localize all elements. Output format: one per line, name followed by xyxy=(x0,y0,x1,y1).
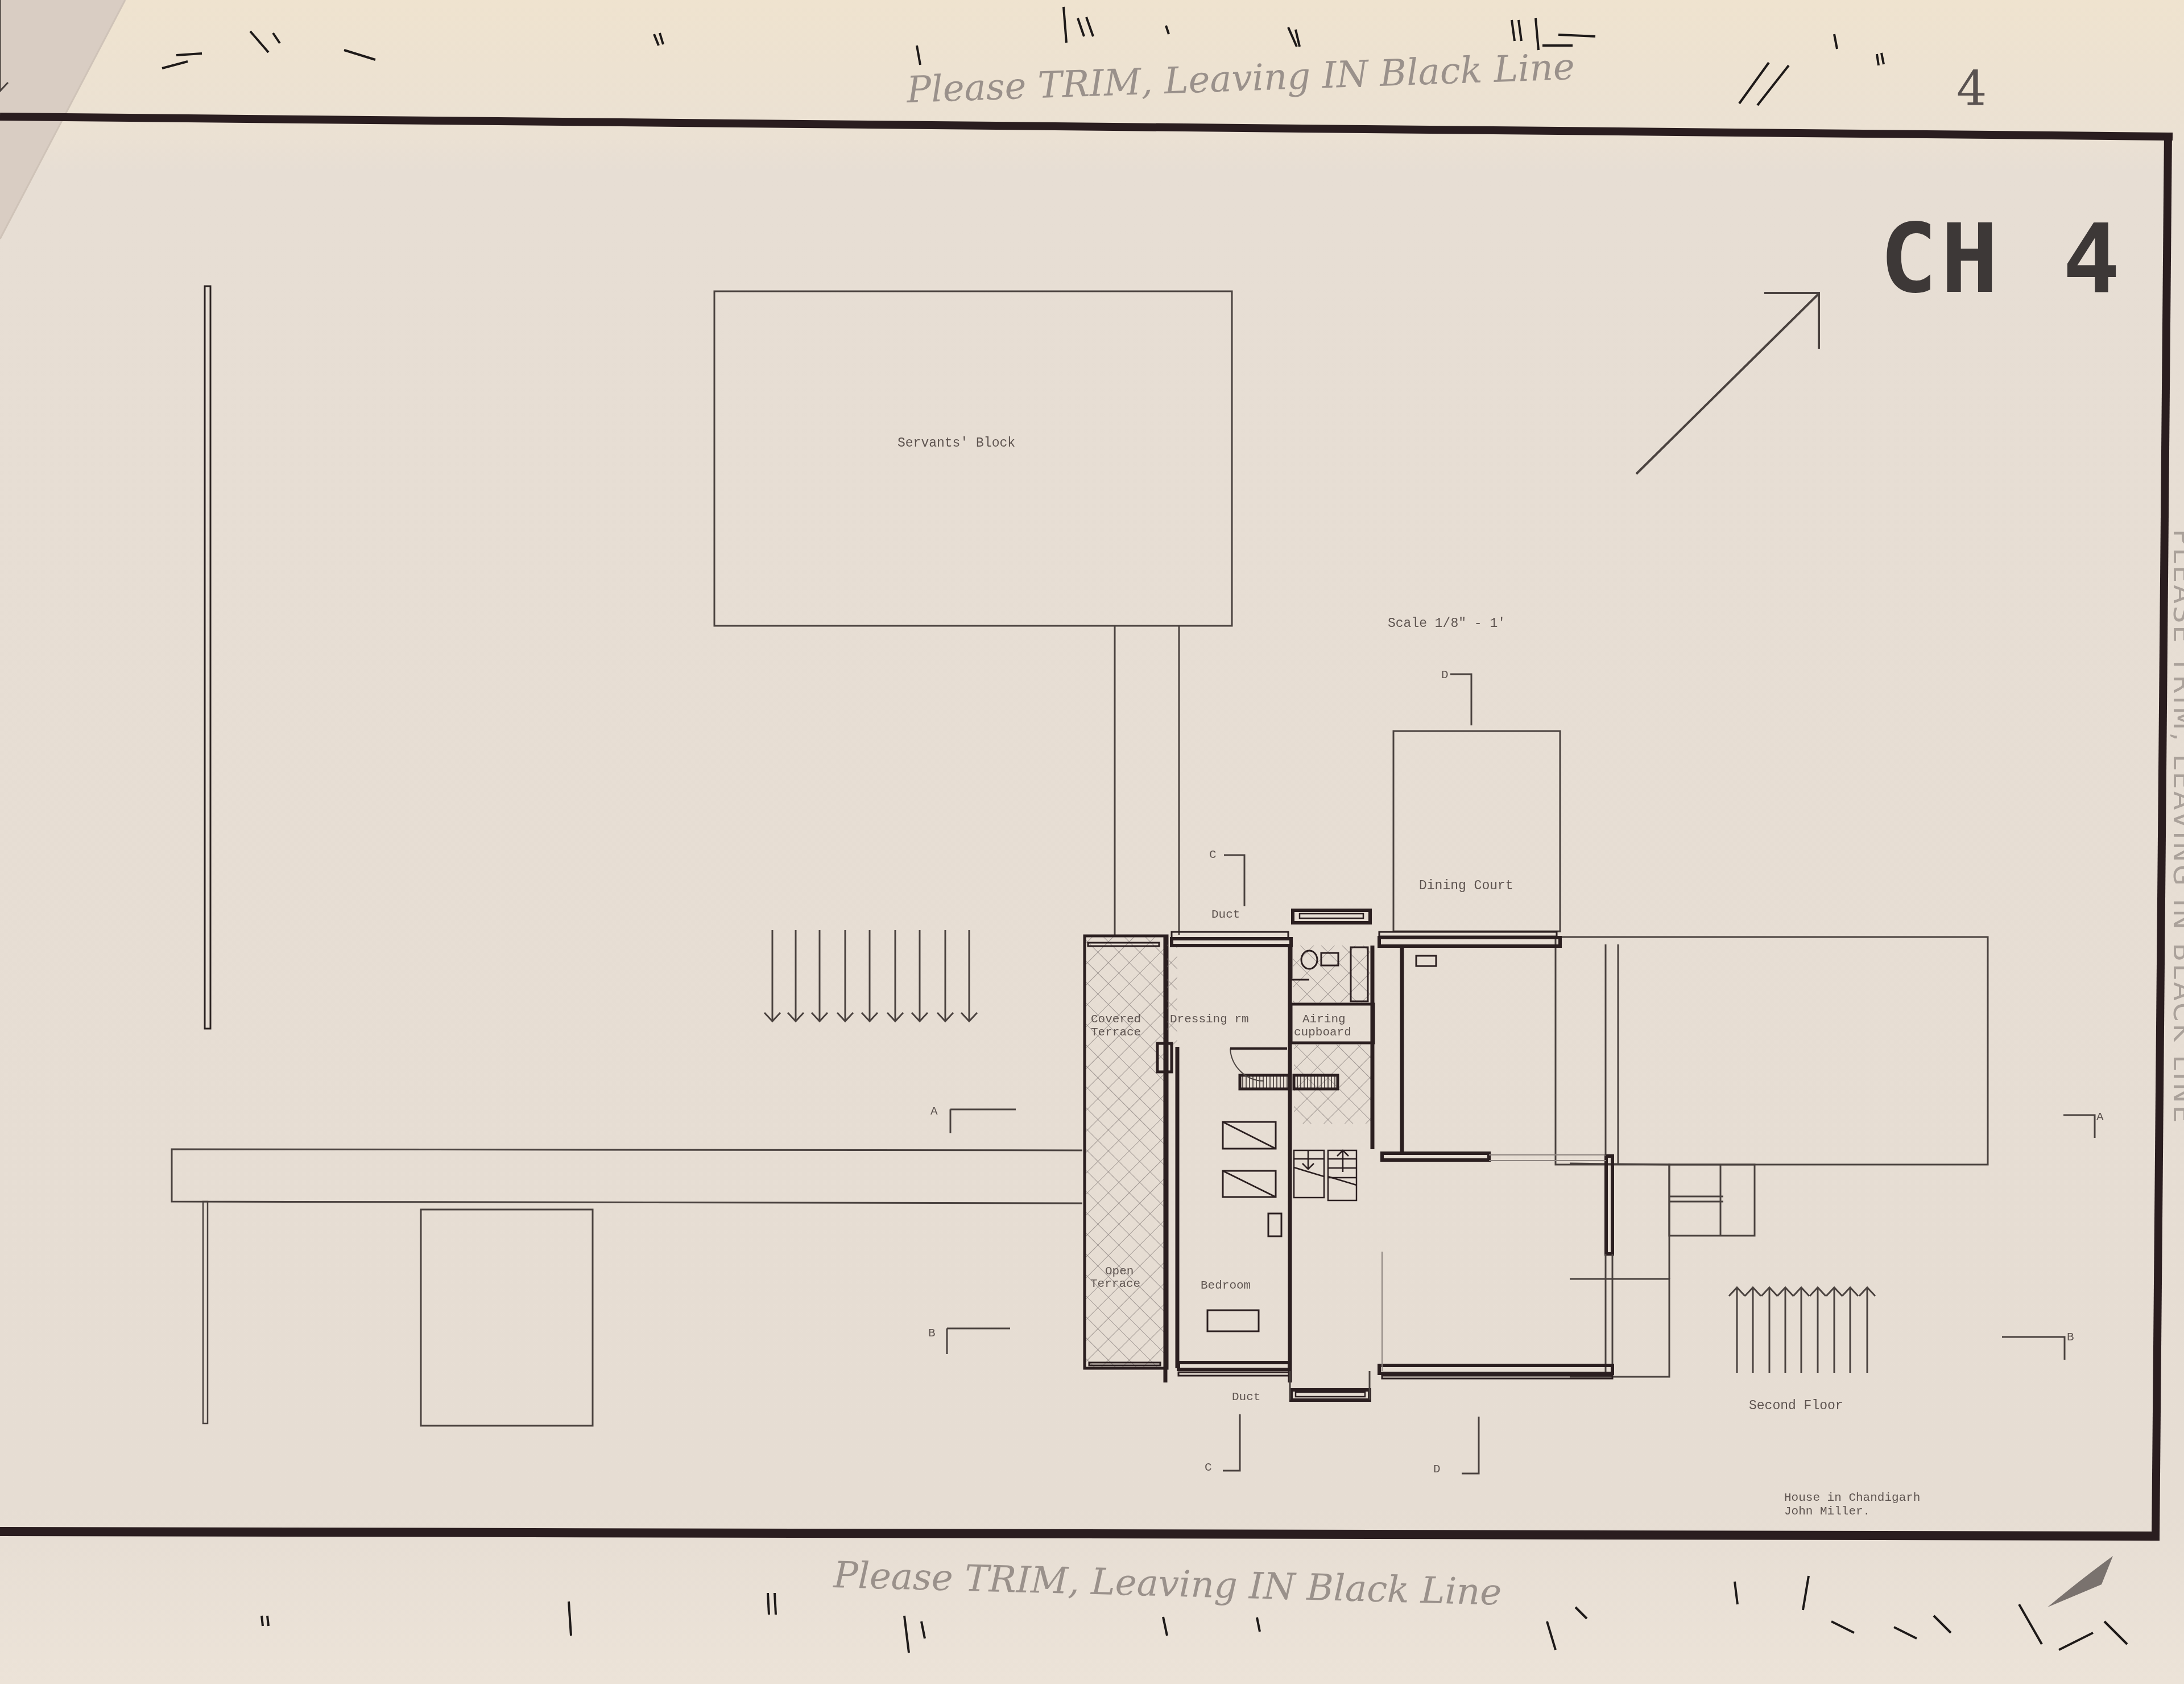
terrace-strip xyxy=(1085,936,1167,1368)
title-block: House in Chandigarh John Miller. xyxy=(1784,1492,1920,1518)
duct-label-top: Duct xyxy=(1211,909,1240,922)
drawing-sheet: Please TRIM, Leaving IN Black Line Pleas… xyxy=(0,0,2184,1684)
house-plan: Covered Terrace Open Terrace Dressing rm… xyxy=(1085,909,1618,1404)
garden-plot xyxy=(421,1210,593,1426)
section-d-bottom: D xyxy=(1433,1463,1441,1476)
sheet-number-stencil: CH 4 xyxy=(1880,203,2124,315)
down-arrows-icon xyxy=(0,0,977,1021)
title-author: John Miller. xyxy=(1784,1505,1870,1518)
airing-cupboard-label: Airing xyxy=(1302,1013,1346,1026)
trim-note-bottom: Please TRIM, Leaving IN Black Line xyxy=(833,1554,1503,1614)
section-b-right: B xyxy=(2067,1331,2074,1344)
covered-terrace-label: Covered xyxy=(1091,1013,1141,1026)
svg-text:Please TRIM, Leaving IN Black: Please TRIM, Leaving IN Black Line xyxy=(833,1554,1503,1614)
title-project: House in Chandigarh xyxy=(1784,1492,1920,1505)
section-d-top: D xyxy=(1441,669,1449,682)
svg-text:Please TRIM, Leaving IN Black: Please TRIM, Leaving IN Black Line xyxy=(905,46,1575,112)
section-c-top: C xyxy=(1209,849,1217,862)
svg-text:PLEASE TRIM, LEAVING IN BLACK: PLEASE TRIM, LEAVING IN BLACK LINE xyxy=(2167,529,2184,1125)
servants-block-label: Servants' Block xyxy=(897,436,1015,451)
north-arrow-icon xyxy=(1636,293,1819,474)
bedroom-label: Bedroom xyxy=(1201,1279,1251,1293)
up-arrows-icon xyxy=(0,0,1875,1373)
link-corridor xyxy=(1115,626,1179,935)
boundary-wall-left xyxy=(205,286,210,1029)
section-c-bottom: C xyxy=(1205,1462,1212,1475)
dining-court: Dining Court xyxy=(1393,731,1560,931)
pencil-page-number: 4 xyxy=(1956,61,1987,117)
dressing-room-label: Dressing rm xyxy=(1170,1013,1249,1026)
covered-terrace-label-2: Terrace xyxy=(1091,1026,1141,1039)
airing-cupboard-label-2: cupboard xyxy=(1294,1026,1351,1039)
floor-label: Second Floor xyxy=(1749,1398,1843,1413)
section-b-left: B xyxy=(928,1327,936,1340)
section-a-left: A xyxy=(930,1105,938,1118)
east-wing-outline xyxy=(1556,937,1988,1377)
open-terrace-label-2: Terrace xyxy=(1090,1278,1140,1291)
trim-note-top: Please TRIM, Leaving IN Black Line xyxy=(905,46,1575,112)
dining-court-label: Dining Court xyxy=(1419,878,1513,893)
trim-note-right: PLEASE TRIM, LEAVING IN BLACK LINE xyxy=(2167,529,2184,1125)
ink-smudge xyxy=(2047,1556,2113,1607)
stair-icon xyxy=(1294,1150,1356,1200)
duct-label-bottom: Duct xyxy=(1232,1391,1260,1404)
servants-block: Servants' Block xyxy=(714,291,1232,626)
open-terrace-label: Open xyxy=(1105,1265,1134,1278)
scale-label: Scale 1/8" - 1' xyxy=(1388,616,1505,631)
pergola-beam xyxy=(172,1149,1082,1423)
floor-plan-drawing: Please TRIM, Leaving IN Black Line Pleas… xyxy=(0,0,2184,1684)
section-a-right: A xyxy=(2096,1111,2104,1124)
